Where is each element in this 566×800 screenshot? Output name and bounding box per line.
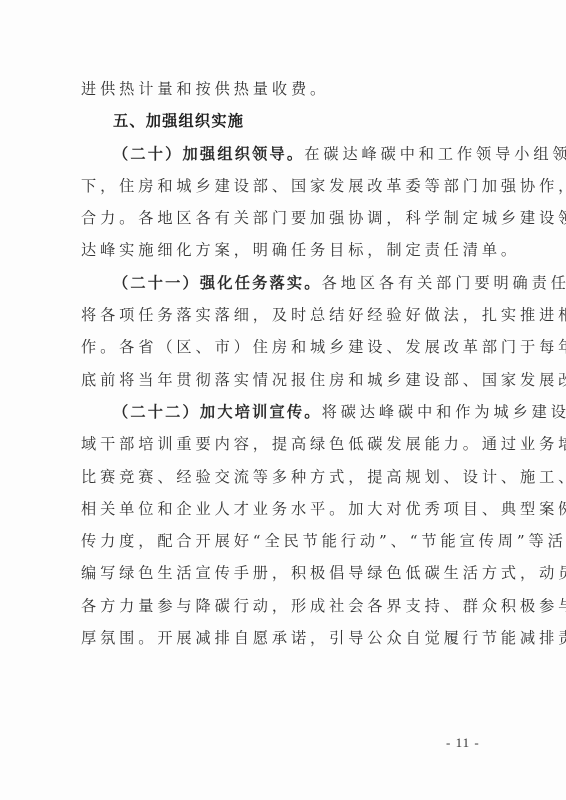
text-line: 传力度，配合开展好“全民节能行动”、“节能宣传周”等活动。 xyxy=(81,525,485,557)
text-line: 相关单位和企业人才业务水平。加大对优秀项目、典型案例的宣 xyxy=(81,493,485,525)
line-text: 将各项任务落实落细，及时总结好经验好做法，扎实推进相关工 xyxy=(81,306,566,324)
page-number: - 11 - xyxy=(446,735,480,751)
text-line: 底前将当年贯彻落实情况报住房和城乡建设部、国家发展改革委。 xyxy=(81,364,485,396)
line-text: 域干部培训重要内容，提高绿色低碳发展能力。通过业务培训、 xyxy=(81,435,566,453)
paragraph-lead: （二十二）加大培训宣传。 xyxy=(113,403,322,421)
line-text: 传力度，配合开展好“全民节能行动”、“节能宣传周”等活动。 xyxy=(81,532,566,550)
text-line: 厚氛围。开展减排自愿承诺，引导公众自觉履行节能减排责任。 xyxy=(81,622,485,654)
text-line: 合力。各地区各有关部门要加强协调，科学制定城乡建设领域碳 xyxy=(81,202,485,234)
document-body: 进供热计量和按供热量收费。 五、加强组织实施 （二十）加强组织领导。在碳达峰碳中… xyxy=(81,73,485,654)
text-line: 达峰实施细化方案，明确任务目标，制定责任清单。 xyxy=(81,234,485,266)
line-text: 相关单位和企业人才业务水平。加大对优秀项目、典型案例的宣 xyxy=(81,500,566,518)
line-text: 进供热计量和按供热量收费。 xyxy=(81,80,329,98)
line-text: 将碳达峰碳中和作为城乡建设领 xyxy=(322,403,566,421)
line-text: 合力。各地区各有关部门要加强协调，科学制定城乡建设领域碳 xyxy=(81,209,566,227)
text-line: 下，住房和城乡建设部、国家发展改革委等部门加强协作，形成 xyxy=(81,170,485,202)
heading-text: 五、加强组织实施 xyxy=(113,112,244,130)
section-heading: 五、加强组织实施 xyxy=(81,105,485,137)
line-text: 各地区各有关部门要明确责任， xyxy=(322,274,566,292)
line-text: 作。各省（区、市）住房和城乡建设、发展改革部门于每年 11 月 xyxy=(81,338,566,356)
text-line: 将各项任务落实落细，及时总结好经验好做法，扎实推进相关工 xyxy=(81,299,485,331)
line-text: 在碳达峰碳中和工作领导小组领导 xyxy=(304,145,566,163)
paragraph-lead: （二十一）强化任务落实。 xyxy=(113,274,322,292)
paragraph-20-start: （二十）加强组织领导。在碳达峰碳中和工作领导小组领导 xyxy=(81,138,485,170)
paragraph-lead: （二十）加强组织领导。 xyxy=(113,145,304,163)
text-line: 各方力量参与降碳行动，形成社会各界支持、群众积极参与的浓 xyxy=(81,590,485,622)
document-page: 进供热计量和按供热量收费。 五、加强组织实施 （二十）加强组织领导。在碳达峰碳中… xyxy=(0,0,566,800)
line-text: 底前将当年贯彻落实情况报住房和城乡建设部、国家发展改革委。 xyxy=(81,371,566,389)
text-line: 编写绿色生活宣传手册，积极倡导绿色低碳生活方式，动员社会 xyxy=(81,557,485,589)
paragraph-21-start: （二十一）强化任务落实。各地区各有关部门要明确责任， xyxy=(81,267,485,299)
text-line: 域干部培训重要内容，提高绿色低碳发展能力。通过业务培训、 xyxy=(81,428,485,460)
text-line: 进供热计量和按供热量收费。 xyxy=(81,73,485,105)
line-text: 厚氛围。开展减排自愿承诺，引导公众自觉履行节能减排责任。 xyxy=(81,629,566,647)
line-text: 各方力量参与降碳行动，形成社会各界支持、群众积极参与的浓 xyxy=(81,597,566,615)
line-text: 编写绿色生活宣传手册，积极倡导绿色低碳生活方式，动员社会 xyxy=(81,564,566,582)
text-line: 作。各省（区、市）住房和城乡建设、发展改革部门于每年 11 月 xyxy=(81,331,485,363)
paragraph-22-start: （二十二）加大培训宣传。将碳达峰碳中和作为城乡建设领 xyxy=(81,396,485,428)
line-text: 达峰实施细化方案，明确任务目标，制定责任清单。 xyxy=(81,241,520,259)
line-text: 下，住房和城乡建设部、国家发展改革委等部门加强协作，形成 xyxy=(81,177,566,195)
text-line: 比赛竞赛、经验交流等多种方式，提高规划、设计、施工、运行 xyxy=(81,461,485,493)
line-text: 比赛竞赛、经验交流等多种方式，提高规划、设计、施工、运行 xyxy=(81,468,566,486)
